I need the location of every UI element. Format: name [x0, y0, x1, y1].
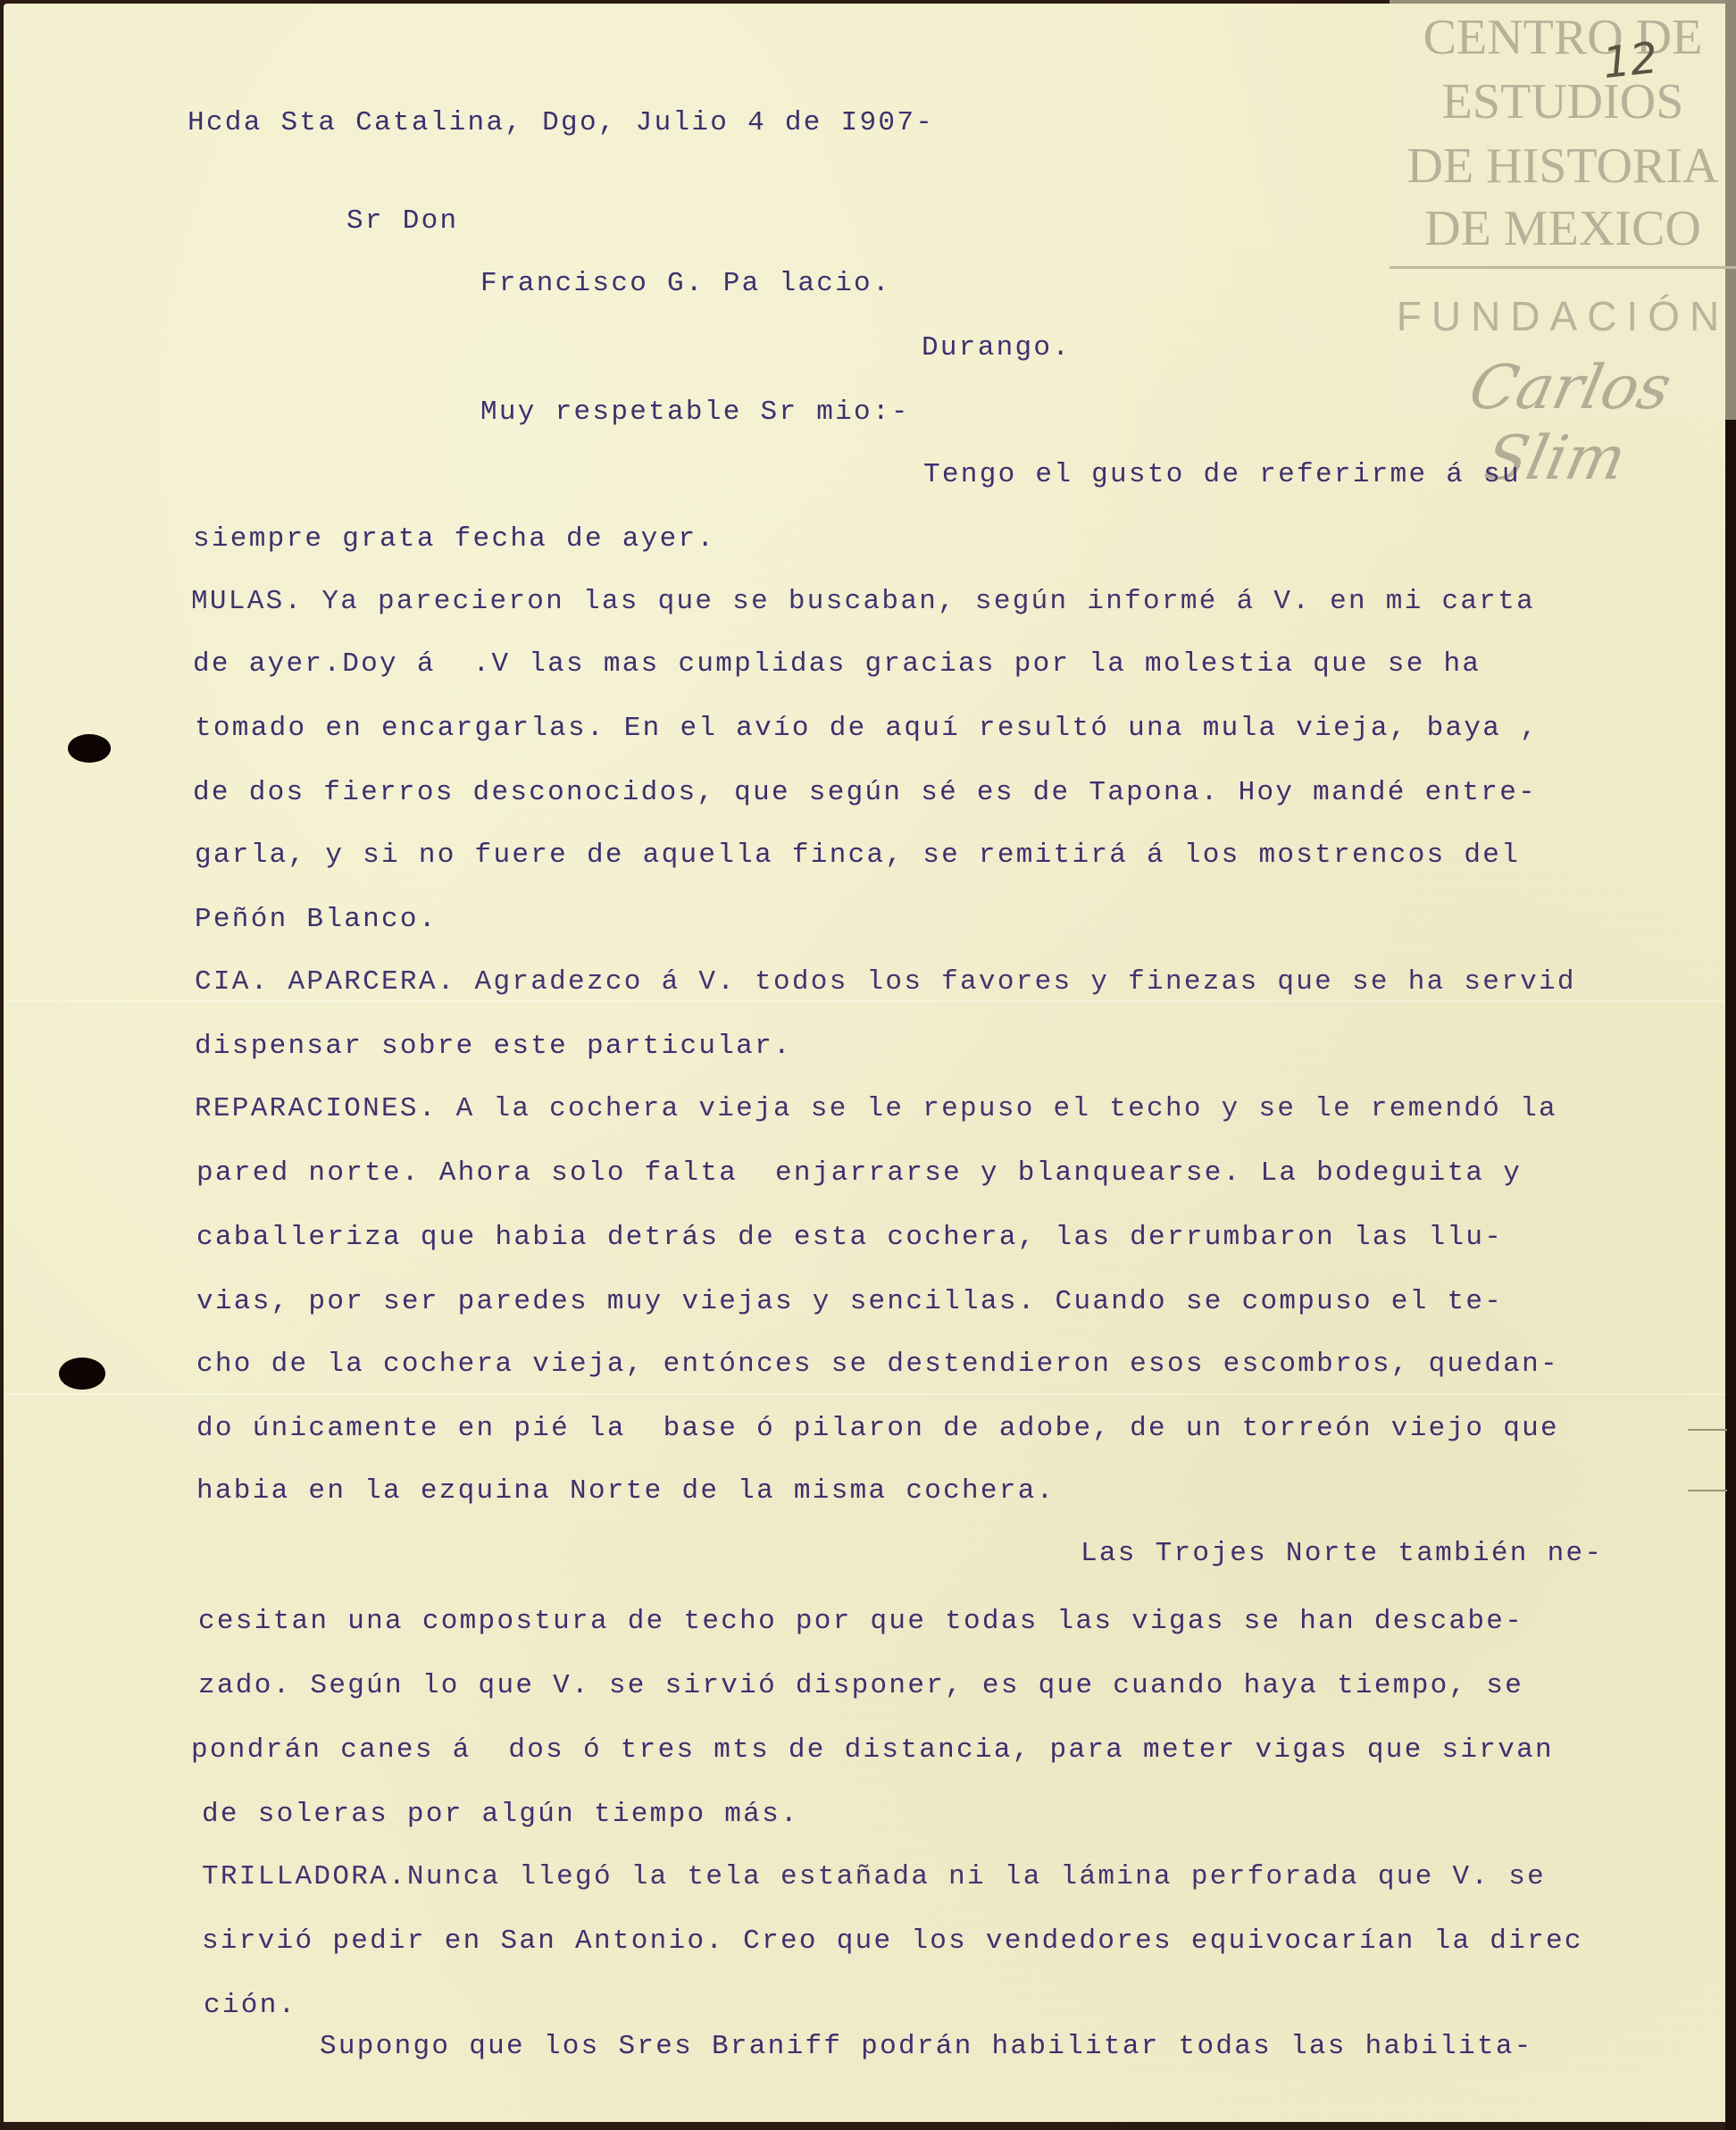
paper-crease [4, 1000, 1725, 1002]
body-line: Tengo el gusto de referirme á su [923, 461, 1521, 489]
folio-number: 12 [1600, 33, 1660, 88]
greeting: Muy respetable Sr mio:- [480, 398, 910, 426]
punch-hole [59, 1357, 105, 1390]
body-line: siempre grata fecha de ayer. [193, 525, 715, 553]
body-line: pondrán canes á dos ó tres mts de distan… [191, 1736, 1554, 1764]
recipient-name: Francisco G. Pa lacio. [480, 270, 891, 297]
body-line: Peñón Blanco. [195, 906, 438, 933]
body-line: Las Trojes Norte también ne- [1081, 1540, 1603, 1567]
body-line: dispensar sobre este particular. [195, 1032, 792, 1060]
punch-hole [68, 734, 111, 763]
place-date: Hcda Sta Catalina, Dgo, Julio 4 de I907- [188, 109, 934, 137]
body-line: ción. [204, 1992, 297, 2019]
watermark-line: ESTUDIOS [1390, 77, 1736, 127]
section-trilladora: TRILLADORA.Nunca llegó la tela estañada … [202, 1863, 1546, 1891]
section-reparaciones: REPARACIONES. A la cochera vieja se le r… [195, 1095, 1557, 1123]
watermark-fundacion: FUNDACIÓN [1390, 292, 1736, 340]
watermark-line: DE MEXICO [1390, 204, 1736, 254]
body-line: sirvió pedir en San Antonio. Creo que lo… [202, 1927, 1583, 1955]
watermark-line: CENTRO DE [1390, 13, 1736, 63]
body-line: Supongo que los Sres Braniff podrán habi… [320, 2033, 1533, 2060]
watermark-divider [1390, 266, 1736, 269]
body-line: garla, y si no fuere de aquella finca, s… [195, 841, 1520, 869]
body-line: habia en la ezquina Norte de la misma co… [196, 1477, 1056, 1505]
watermark-line: DE HISTORIA [1390, 141, 1736, 191]
body-line: caballeriza que habia detrás de esta coc… [196, 1224, 1503, 1251]
body-line: zado. Según lo que V. se sirvió disponer… [198, 1672, 1523, 1700]
paper-tear [1688, 1429, 1727, 1431]
body-line: de ayer.Doy á .V las mas cumplidas graci… [193, 650, 1481, 678]
body-line: cho de la cochera vieja, entónces se des… [196, 1350, 1559, 1378]
section-cia-aparcera: CIA. APARCERA. Agradezco á V. todos los … [195, 968, 1576, 996]
body-line: tomado en encargarlas. En el avío de aqu… [195, 714, 1539, 742]
recipient-city: Durango. [922, 334, 1071, 362]
paper-crease [4, 1393, 1725, 1395]
body-line: pared norte. Ahora solo falta enjarrarse… [196, 1159, 1522, 1187]
body-line: do únicamente en pié la base ó pilaron d… [196, 1415, 1559, 1442]
body-line: cesitan una compostura de techo por que … [198, 1608, 1523, 1635]
paper-tear [1688, 1490, 1727, 1491]
body-line: de dos fierros desconocidos, que según s… [193, 779, 1537, 806]
salutation-sr-don: Sr Don [346, 207, 458, 235]
body-line: vias, por ser paredes muy viejas y senci… [196, 1288, 1503, 1316]
body-line: de soleras por algún tiempo más. [202, 1800, 799, 1828]
section-mulas: MULAS. Ya parecieron las que se buscaban… [191, 588, 1535, 615]
